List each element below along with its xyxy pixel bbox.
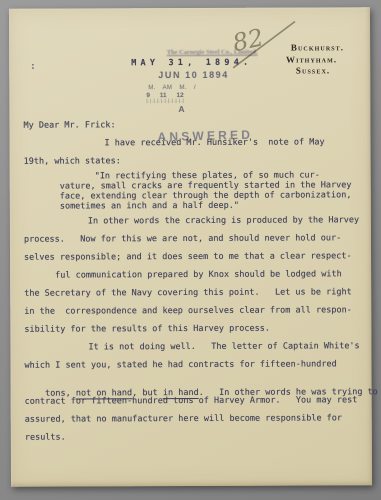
quote-line: face, extending clear through the depth … [60,190,352,201]
received-stamp-meridiem-row: M. AM M. / [148,85,196,91]
received-stamp-date: JUN 10 1894 [158,70,229,80]
letter-line: assured, that no manufacturer here will … [25,413,342,424]
letter-line: the Secretary of the Navy covering this … [24,287,352,298]
letterhead-address: Buckhurst. Withyham. Sussex. [286,42,344,77]
salutation: My Dear Mr. Frick: [23,120,115,130]
letter-line: I have received Mr. Hunsiker's note of M… [105,137,325,148]
letterhead-line-sussex: Sussex. [286,65,344,77]
letter-line: process. Now for this we are not, and sh… [24,233,341,244]
received-stamp-letter: A [178,104,184,114]
received-stamp-tick-scale: |.|.|.|.|.|.|.|.|.|.| [146,98,184,103]
stray-typed-mark: : [30,62,35,72]
letter-line: in the correspondence and keep ourselves… [24,305,352,316]
letter-line: ful communication prepared by Knox shoul… [55,269,342,280]
letter-line: which I sent you, stated he had contract… [24,359,336,370]
letter-line: selves responsible; and it does seem to … [24,251,352,262]
letter-line: 19th, which states: [24,156,121,166]
letter-line: results. [25,433,66,443]
letter-line: sibility for the results of this Harvey … [24,324,270,335]
letter-line: In other words the cracking is produced … [88,215,359,226]
letterhead-line-withyham: Withyham. [286,54,344,66]
quote-line: sometimes an inch and a half deep." [60,201,239,212]
letterhead-line-buckhurst: Buckhurst. [286,42,344,54]
letter-line: It is not doing well. The letter of Capt… [88,341,359,352]
letter-line: contract for fifteen-hundred tons of Har… [25,395,358,406]
typed-dateline: MAY 31, 1894. [131,58,252,69]
letter-page: 82 Buckhurst. Withyham. Sussex. The Carn… [9,7,372,487]
company-stamp: The Carnegie Steel Co., Limited. [147,49,277,57]
